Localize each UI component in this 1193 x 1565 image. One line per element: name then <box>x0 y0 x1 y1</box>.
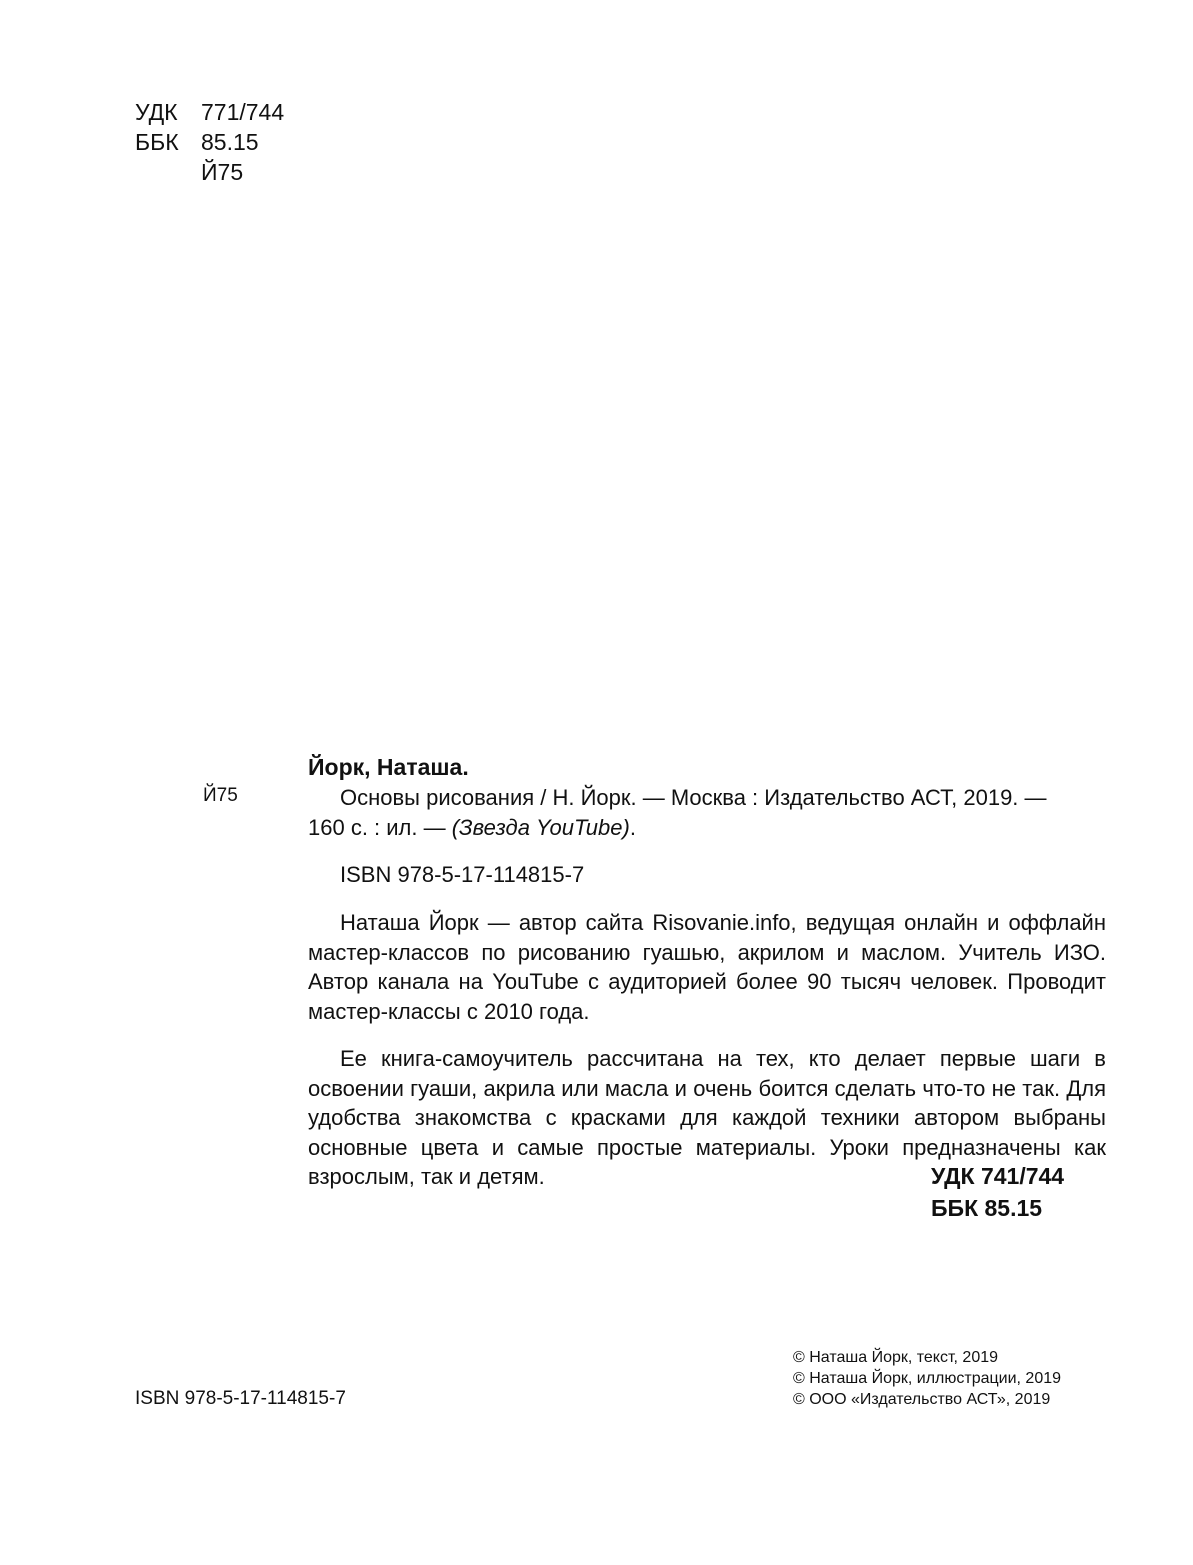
entry-bbk: ББК 85.15 <box>931 1192 1064 1224</box>
copyright-block: © Наташа Йорк, текст, 2019 © Наташа Йорк… <box>793 1347 1061 1410</box>
entry-extent-line: 160 с. : ил. — (Звезда YouTube). <box>308 813 1106 843</box>
bbk-label: ББК <box>135 127 201 157</box>
copyright-line: © Наташа Йорк, текст, 2019 <box>793 1347 1061 1368</box>
bbk-row: ББК 85.15 <box>135 127 284 157</box>
copyright-line: © ООО «Издательство АСТ», 2019 <box>793 1389 1061 1410</box>
entry-udk: УДК 741/744 <box>931 1160 1064 1192</box>
author-mark: Й75 <box>201 157 243 187</box>
udk-label: УДК <box>135 97 201 127</box>
entry-series: (Звезда YouTube) <box>452 815 630 840</box>
copyright-line: © Наташа Йорк, иллюстрации, 2019 <box>793 1368 1061 1389</box>
udk-row: УДК 771/744 <box>135 97 284 127</box>
classification-block: УДК 771/744 ББК 85.15 Й75 <box>135 97 284 187</box>
catalog-entry: Йорк, Наташа. Основы рисования / Н. Йорк… <box>308 752 1106 1192</box>
entry-heading: Йорк, Наташа. <box>308 752 1106 782</box>
entry-isbn: ISBN 978-5-17-114815-7 <box>308 860 1106 890</box>
entry-title-line: Основы рисования / Н. Йорк. — Москва : И… <box>308 783 1106 813</box>
entry-extent: 160 с. : ил. — <box>308 815 452 840</box>
footer-isbn: ISBN 978-5-17-114815-7 <box>135 1388 346 1410</box>
bbk-value: 85.15 <box>201 127 259 157</box>
entry-codes: УДК 741/744 ББК 85.15 <box>931 1160 1064 1224</box>
entry-author-mark: Й75 <box>203 785 238 807</box>
udk-value: 771/744 <box>201 97 284 127</box>
author-mark-row: Й75 <box>135 157 284 187</box>
annotation-1: Наташа Йорк — автор сайта Risovanie.info… <box>308 908 1106 1026</box>
